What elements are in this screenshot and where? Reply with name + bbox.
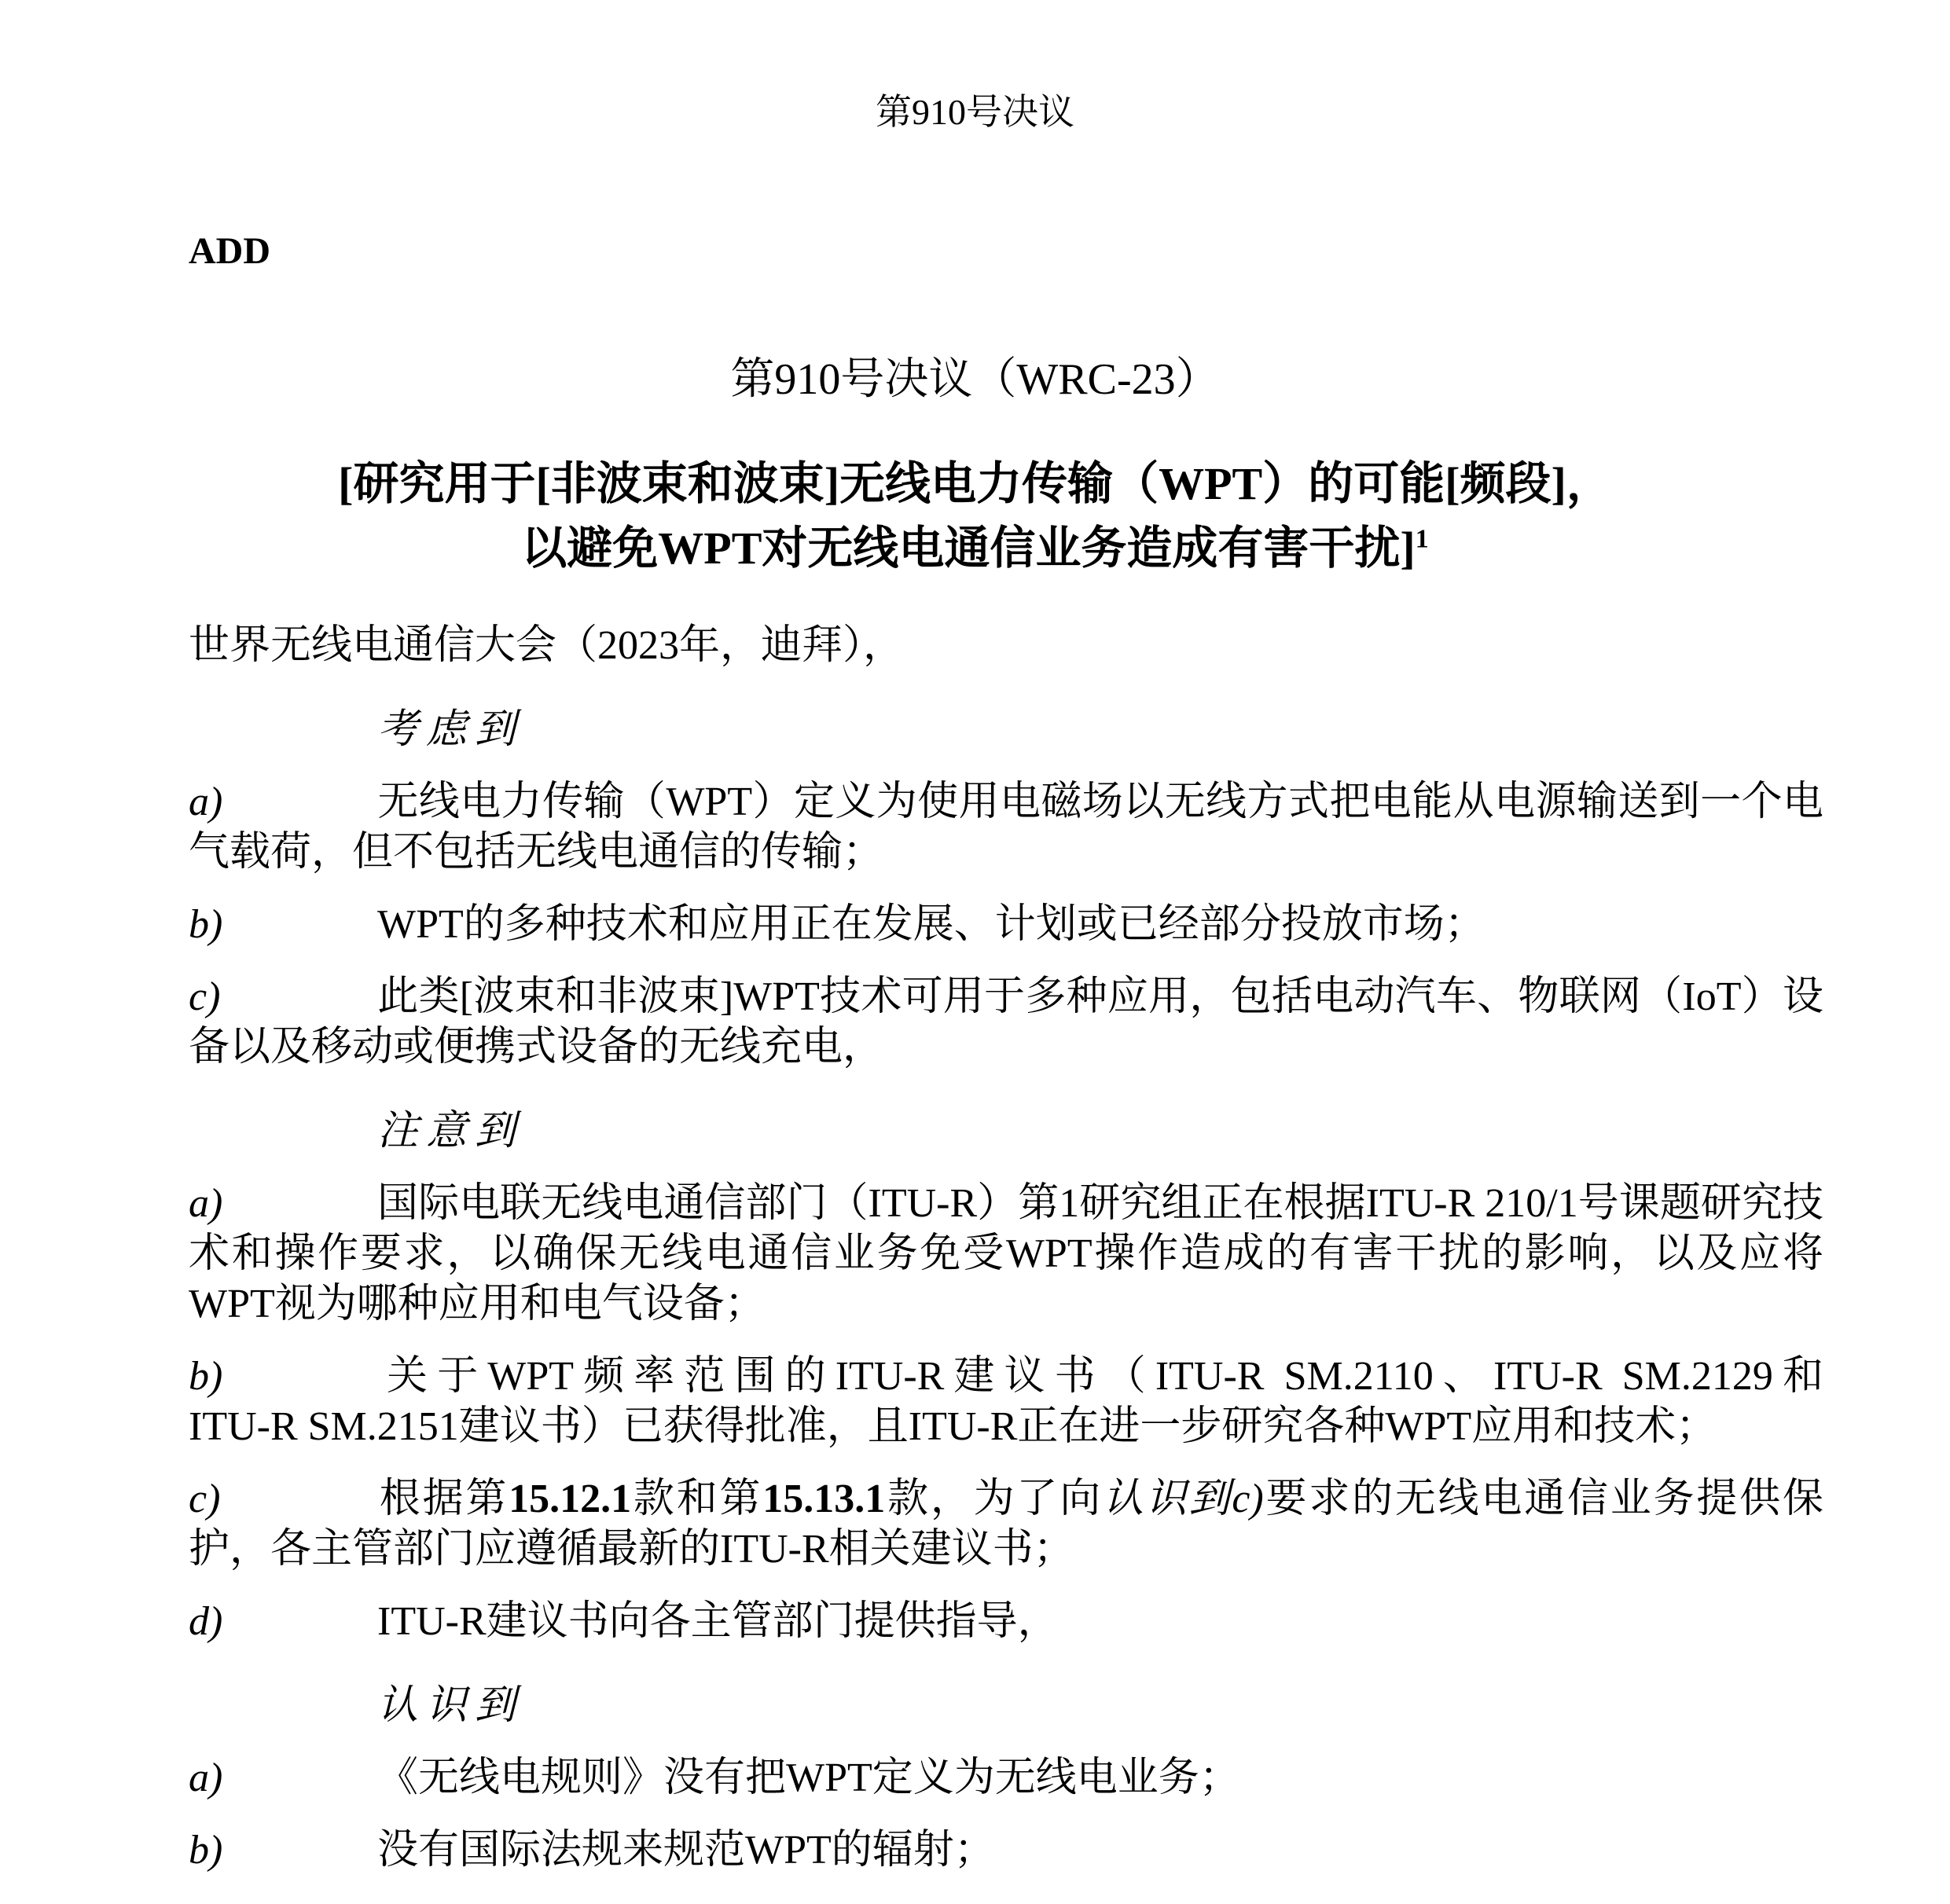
text-segment: ITU-R SM.2151建议书）已获得批准，且ITU-R正在进一步研究各种WP… xyxy=(189,1404,1717,1449)
text-segment: 根据第 xyxy=(377,1477,509,1521)
item-line: a)国际电联无线电通信部门（ITU-R）第1研究组正在根据ITU-R 210/1… xyxy=(189,1179,1823,1229)
item-line: 护，各主管部门应遵循最新的ITU-R相关建议书； xyxy=(189,1524,1823,1575)
item-line: b)没有国际法规来规范WPT的辐射； xyxy=(189,1825,1823,1876)
text-segment: 认识到c) xyxy=(1103,1477,1264,1521)
document-page: 第910号决议 ADD 第910号决议（WRC-23） [研究用于[非波束和波束… xyxy=(0,0,1950,1904)
item-line: b)关于WPT频率范围的ITU-R建议书（ITU-R SM.2110、ITU-R… xyxy=(189,1352,1823,1402)
item-line: d)ITU-R建议书向各主管部门提供指导， xyxy=(189,1597,1823,1647)
text-segment: 护，各主管部门应遵循最新的ITU-R相关建议书； xyxy=(189,1527,1074,1572)
list-item: a)无线电力传输（WPT）定义为使用电磁场以无线方式把电能从电源输送到一个电气载… xyxy=(189,777,1823,878)
text-segment: 要求的无线电通信业务提供保 xyxy=(1264,1477,1823,1521)
item-line: a)无线电力传输（WPT）定义为使用电磁场以无线方式把电能从电源输送到一个电 xyxy=(189,777,1823,827)
text-segment: 无线电力传输（WPT）定义为使用电磁场以无线方式把电能从电源输送到一个电 xyxy=(377,780,1823,824)
change-mark-add: ADD xyxy=(189,233,270,270)
sections: 考虑到a)无线电力传输（WPT）定义为使用电磁场以无线方式把电能从电源输送到一个… xyxy=(189,705,1823,1876)
list-item: a)《无线电规则》没有把WPT定义为无线电业务； xyxy=(189,1753,1823,1803)
item-line: ITU-R SM.2151建议书）已获得批准，且ITU-R正在进一步研究各种WP… xyxy=(189,1402,1823,1452)
list-item: b)没有国际法规来规范WPT的辐射； xyxy=(189,1825,1823,1876)
list-item: c)根据第15.12.1款和第15.13.1款，为了向认识到c)要求的无线电通信… xyxy=(189,1474,1823,1575)
text-segment: 15.12.1 xyxy=(509,1477,631,1521)
list-item: b)WPT的多种技术和应用正在发展、计划或已经部分投放市场； xyxy=(189,900,1823,950)
section-heading: 考虑到 xyxy=(189,705,1823,755)
text-segment: 《无线电规则》没有把WPT定义为无线电业务； xyxy=(377,1755,1240,1800)
subtitle-line-1: [研究用于[非波束和波束]无线电力传输（WPT）的可能[频段]， xyxy=(0,452,1950,516)
item-label: d) xyxy=(189,1597,377,1647)
text-segment: 关于WPT频率范围的ITU-R建议书（ITU-R SM.2110、ITU-R S… xyxy=(377,1354,1823,1399)
list-item: c)此类[波束和非波束]WPT技术可用于多种应用，包括电动汽车、物联网（IoT）… xyxy=(189,972,1823,1073)
text-segment: 款，为了向 xyxy=(885,1477,1103,1521)
running-header: 第910号决议 xyxy=(0,94,1950,130)
item-line: c)此类[波束和非波束]WPT技术可用于多种应用，包括电动汽车、物联网（IoT）… xyxy=(189,972,1823,1022)
item-line: 气载荷，但不包括无线电通信的传输； xyxy=(189,827,1823,878)
text-segment: 款和第 xyxy=(631,1477,762,1521)
section-heading: 认识到 xyxy=(189,1681,1823,1731)
opening-line: 世界无线电通信大会（2023年，迪拜）， xyxy=(189,621,1823,671)
list-item: b)关于WPT频率范围的ITU-R建议书（ITU-R SM.2110、ITU-R… xyxy=(189,1352,1823,1452)
document-body: 世界无线电通信大会（2023年，迪拜）， 考虑到a)无线电力传输（WPT）定义为… xyxy=(189,621,1823,1876)
text-segment: 备以及移动或便携式设备的无线充电， xyxy=(189,1025,883,1069)
text-segment: 国际电联无线电通信部门（ITU-R）第1研究组正在根据ITU-R 210/1号课… xyxy=(377,1181,1823,1226)
item-label: a) xyxy=(189,777,377,827)
text-segment: 术和操作要求，以确保无线电通信业务免受WPT操作造成的有害干扰的影响，以及应将 xyxy=(189,1231,1823,1276)
text-segment: 15.13.1 xyxy=(762,1477,885,1521)
item-label: a) xyxy=(189,1753,377,1803)
footnote-marker: 1 xyxy=(1416,525,1429,554)
resolution-title: 第910号决议（WRC-23） xyxy=(0,358,1950,402)
item-label: b) xyxy=(189,900,377,950)
text-segment: 气载荷，但不包括无线电通信的传输； xyxy=(189,830,883,875)
list-item: a)国际电联无线电通信部门（ITU-R）第1研究组正在根据ITU-R 210/1… xyxy=(189,1179,1823,1330)
item-label: c) xyxy=(189,972,377,1022)
item-label: c) xyxy=(189,1474,377,1524)
text-segment: 此类[波束和非波束]WPT技术可用于多种应用，包括电动汽车、物联网（IoT）设 xyxy=(377,974,1823,1019)
item-line: WPT视为哪种应用和电气设备； xyxy=(189,1279,1823,1330)
item-line: 术和操作要求，以确保无线电通信业务免受WPT操作造成的有害干扰的影响，以及应将 xyxy=(189,1229,1823,1279)
text-segment: WPT的多种技术和应用正在发展、计划或已经部分投放市场； xyxy=(377,902,1485,947)
item-line: b)WPT的多种技术和应用正在发展、计划或已经部分投放市场； xyxy=(189,900,1823,950)
item-label: a) xyxy=(189,1179,377,1229)
subtitle-line-2-text: 以避免WPT对无线电通信业务造成有害干扰] xyxy=(521,523,1415,574)
item-line: c)根据第15.12.1款和第15.13.1款，为了向认识到c)要求的无线电通信… xyxy=(189,1474,1823,1524)
resolution-subtitle: [研究用于[非波束和波束]无线电力传输（WPT）的可能[频段]， 以避免WPT对… xyxy=(0,452,1950,581)
text-segment: 没有国际法规来规范WPT的辐射； xyxy=(377,1828,995,1873)
subtitle-line-2: 以避免WPT对无线电通信业务造成有害干扰]1 xyxy=(0,516,1950,581)
item-line: a)《无线电规则》没有把WPT定义为无线电业务； xyxy=(189,1753,1823,1803)
list-item: d)ITU-R建议书向各主管部门提供指导， xyxy=(189,1597,1823,1647)
item-label: b) xyxy=(189,1825,377,1876)
section-heading: 注意到 xyxy=(189,1106,1823,1157)
item-label: b) xyxy=(189,1352,377,1402)
item-line: 备以及移动或便携式设备的无线充电， xyxy=(189,1022,1823,1073)
text-segment: ITU-R建议书向各主管部门提供指导， xyxy=(377,1599,1059,1644)
text-segment: WPT视为哪种应用和电气设备； xyxy=(189,1282,766,1326)
